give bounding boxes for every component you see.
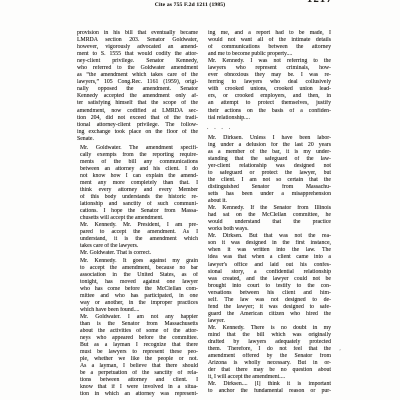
text-line: . . . . — [205, 125, 331, 132]
text-line: yer-client relationship was designed not — [208, 163, 331, 170]
paragraph: Mr. Goldwater. The amendment specifi-cal… — [77, 145, 198, 223]
text-line: cally exempts from the reporting require… — [80, 152, 198, 159]
text-line: brought into court to testify to the con… — [208, 283, 331, 290]
text-line: ers, or crooked employers, and then, in — [208, 93, 331, 100]
paragraph: provision in his bill that eventually be… — [77, 30, 198, 143]
paragraph: Mr. Kennedy. It goes against my grainto … — [77, 258, 198, 314]
text-line: self. The law was not designed to de- — [208, 297, 331, 304]
text-line: to anchor the fundamental reason or pur- — [208, 388, 331, 395]
text-line: versations between his client and him- — [208, 290, 331, 297]
text-line: Mr. Dirksen.... [I] think it is importan… — [208, 381, 331, 388]
text-line: ing me, and a report had to be made, I — [208, 30, 331, 37]
text-line: would not want all of the intimate detai… — [208, 37, 331, 44]
paragraph: Mr. Kennedy. I was not referring to thel… — [205, 58, 331, 121]
text-line: tonight, has moved against one lawyer — [80, 279, 198, 286]
text-line: Mr. Kennedy. I was not referring to the — [208, 58, 331, 65]
text-line: was created, and the lawyer could not be — [208, 276, 331, 283]
text-line: lawyers who represent criminals, how- — [208, 65, 331, 72]
text-line: Mr. Goldwater. That is correct. — [80, 250, 198, 257]
text-line: LMRDA section 203. Senator Goldwater, — [77, 37, 198, 44]
text-line: association in the United States, as of — [80, 272, 198, 279]
text-line: Mr. Dirksen. But that was not the rea- — [208, 233, 331, 240]
text-line: of this body understands the historic re… — [80, 194, 198, 201]
text-line: mind that the bill which was originally — [208, 332, 331, 339]
text-line: tional attorney-client privilege. The fo… — [77, 122, 198, 129]
text-line: works both ways. — [208, 226, 331, 233]
text-line: Mr. Dirksen. Unless I have been labor- — [208, 135, 331, 142]
text-line: amendment offered by the Senator from — [208, 353, 331, 360]
text-line: Senate. — [77, 136, 198, 143]
text-line: chusetts will accept the amendment. — [80, 215, 198, 222]
text-line: when it was written into the law. The — [208, 247, 331, 254]
text-line: of communications between the attorney — [208, 44, 331, 51]
text-line: standing that the safeguard of the law- — [208, 156, 331, 163]
text-line: lawyer's office and laid out his confes- — [208, 262, 331, 269]
text-line: drafted by lawyers adequately protected — [208, 339, 331, 346]
paragraph: ing me, and a report had to be made, Iwo… — [205, 30, 331, 58]
text-line: as a member of the bar, it is my under- — [208, 149, 331, 156]
text-line: ferring to lawyers who deal collusively — [208, 79, 331, 86]
text-line: cations. I hope the Senator from Massa- — [80, 208, 198, 215]
text-line: pared to accept the amendment. As I — [80, 229, 198, 236]
paragraph: Mr. Goldwater. That is correct. — [77, 250, 198, 257]
text-line: Mr. Kennedy. It goes against my grain — [80, 258, 198, 265]
text-line: lationship and sanctity of such communi- — [80, 201, 198, 208]
text-line: takes care of the lawyers. — [80, 243, 198, 250]
text-line: idea was that when a client came into a — [208, 254, 331, 261]
text-line: Mr. Goldwater. The amendment specifi- — [80, 145, 198, 152]
text-line: ing under a delusion for the last 20 yea… — [208, 142, 331, 149]
text-line: understand, it is the amendment which — [80, 236, 198, 243]
text-line: sional story, a confidential relationshi… — [208, 269, 331, 276]
right-text-column: ing me, and a report had to be made, Iwo… — [205, 30, 331, 395]
text-line: it, I will accept the amendment.... — [208, 374, 331, 381]
text-line: know that if I were involved in a situa- — [80, 384, 198, 391]
text-line: must be lawyers to represent these peo- — [80, 349, 198, 356]
text-line: as “the amendment which takes care of th… — [77, 72, 198, 79]
text-line: would understand that the practice — [208, 219, 331, 226]
paragraph: Mr. Kennedy. There is no doubt in mymind… — [205, 325, 331, 381]
text-line: setts has been under a misapprehension — [208, 191, 331, 198]
text-line: lawyers,” 105 Cong.Rec. 1161 (1959), ori… — [77, 79, 198, 86]
text-line: tions between attorney and client. I — [80, 377, 198, 384]
text-line: think every attorney and every Member — [80, 187, 198, 194]
text-line: ments of the bill any communications — [80, 159, 198, 166]
text-line: between an attorney and his client. I do — [80, 166, 198, 173]
text-line: But as a layman I recognize that there — [80, 342, 198, 349]
text-line: not know how I can explain the amend- — [80, 173, 198, 180]
text-line: tial relationship.... — [208, 115, 331, 122]
paragraph: Mr. Goldwater. I am not any happierthan … — [77, 314, 198, 399]
text-line: nally opposed the amendment. Senator — [77, 86, 198, 93]
paragraph: Mr. Kennedy. Mr. President, I am pre-par… — [77, 222, 198, 250]
text-line: to safeguard or protect the lawyer, but — [208, 170, 331, 177]
text-line: way or another, in the improper practice… — [80, 300, 198, 307]
text-line: the client. I am not so certain that the — [208, 177, 331, 184]
paragraph: Mr. Dirksen. Unless I have been labor-in… — [205, 135, 331, 205]
text-line: fend the lawyer; it was designed to safe… — [208, 304, 331, 311]
text-line: and me to become public property.... — [208, 51, 331, 58]
text-line: to accept the amendment, because no bar — [80, 265, 198, 272]
paragraph: Mr. Kennedy. If the Senator from Illinoi… — [205, 205, 331, 233]
text-line: Kennedy accepted the amendment only af- — [77, 93, 198, 100]
text-line: tion in which an attorney was represent- — [80, 391, 198, 398]
text-line: ney-client privilege. Senator Kennedy, — [77, 58, 198, 65]
text-line: der that there may be no question about — [208, 367, 331, 374]
text-line: Mr. Kennedy. Mr. President, I am pre- — [80, 222, 198, 229]
text-line: their actions on the basis of a confiden… — [208, 108, 331, 115]
text-line: mittee and who has participated, in one — [80, 293, 198, 300]
text-line: about the activities of some of the atto… — [80, 328, 198, 335]
text-line: son it was designed in the first instanc… — [208, 240, 331, 247]
text-line: however, vigorously advocated an amend- — [77, 44, 198, 51]
text-line: ing exchange took place on the floor of … — [77, 129, 198, 136]
text-line: provision in his bill that eventually be… — [77, 30, 198, 37]
text-line: had sat on the McClellan committee, he — [208, 212, 331, 219]
text-line: an attempt to protect themselves, justif… — [208, 100, 331, 107]
text-line: ever obnoxious they may be. I was re- — [208, 72, 331, 79]
text-line: with crooked unions, crooked union lead- — [208, 86, 331, 93]
paragraph: Mr. Dirksen. But that was not the rea-so… — [205, 233, 331, 325]
text-line: As a layman, I believe that there should — [80, 363, 198, 370]
text-line: who has come before the McClellan com- — [80, 286, 198, 293]
citation-running-head: Cite as 755 F.2d 1211 (1985) — [0, 2, 380, 8]
text-line: tion 204, did not exceed that of the tra… — [77, 115, 198, 122]
text-line: who referred to the Goldwater amendment — [77, 65, 198, 72]
text-line: ment to S. 1555 that would codify the at… — [77, 51, 198, 58]
text-line: about it. — [208, 198, 331, 205]
text-line: which have been found.... — [80, 307, 198, 314]
text-line: neys who appeared before the committee. — [80, 335, 198, 342]
left-text-column: provision in his bill that eventually be… — [77, 30, 198, 398]
text-line: lawyer. — [208, 318, 331, 325]
scan-artifact: ’ — [339, 349, 341, 355]
text-line: them. Therefore, I do not feel that the — [208, 346, 331, 353]
text-line: than is the Senator from Massachusetts — [80, 321, 198, 328]
text-line: be a perpetuation of the sanctity of rel… — [80, 370, 198, 377]
text-line: ple, whether we like the people or not. — [80, 356, 198, 363]
text-line: amendment, now codified at LMRDA sec- — [77, 108, 198, 115]
text-line: Mr. Kennedy. If the Senator from Illinoi… — [208, 205, 331, 212]
text-line: ter satisfying himself that the scope of… — [77, 100, 198, 107]
paragraph: Mr. Dirksen.... [I] think it is importan… — [205, 381, 331, 395]
text-line: Arizona is wholly necessary. But in or- — [208, 360, 331, 367]
text-line: Mr. Goldwater. I am not any happier — [80, 314, 198, 321]
scanned-reporter-page: 1217 Cite as 755 F.2d 1211 (1985) provis… — [0, 0, 400, 400]
text-line: Mr. Kennedy. There is no doubt in my — [208, 325, 331, 332]
paragraph: . . . . — [205, 125, 331, 132]
text-line: distinguished Senator from Massachu- — [208, 184, 331, 191]
text-line: guard the American citizen who hired the — [208, 311, 331, 318]
text-line: ment any more completely than that. I — [80, 180, 198, 187]
